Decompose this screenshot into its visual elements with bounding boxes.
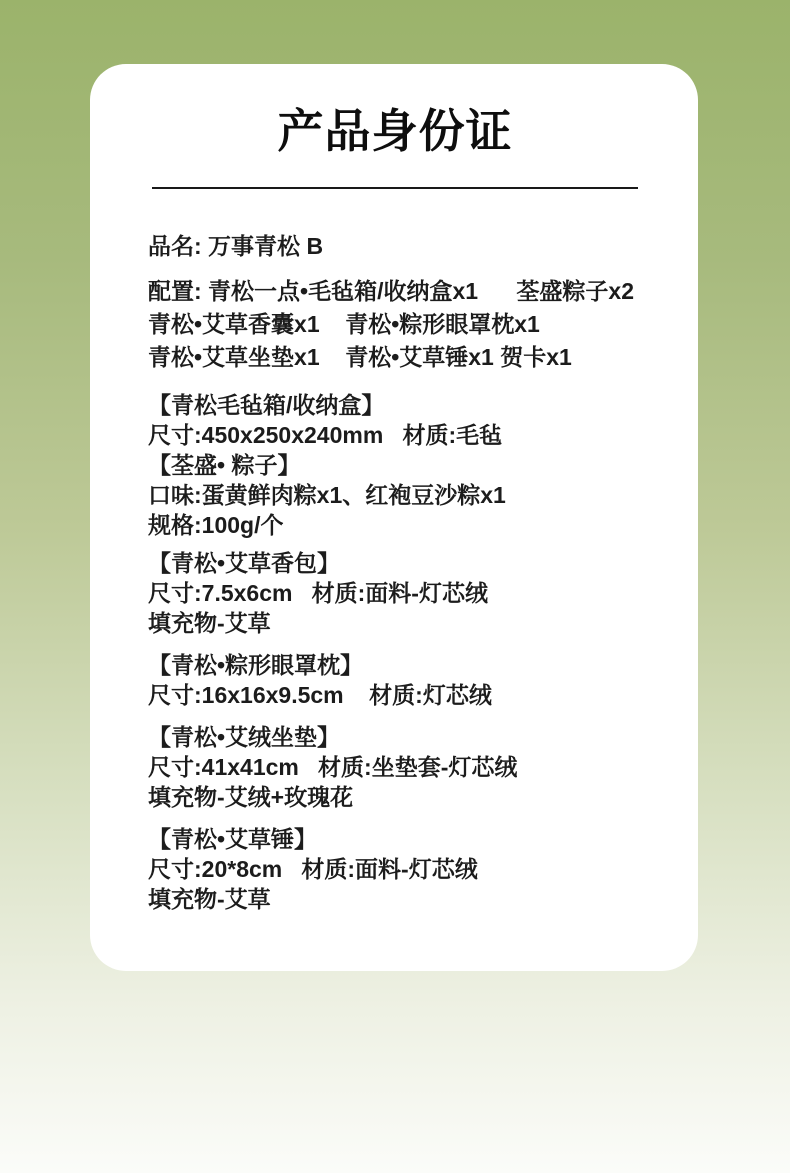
section-detail: 尺寸:41x41cm 材质:坐垫套-灯芯绒 xyxy=(148,752,642,782)
product-id-card: 产品身份证 品名: 万事青松 B 配置: 青松一点•毛毡箱/收纳盒x1 荃盛粽子… xyxy=(90,64,698,971)
section-seat-cushion: 【青松•艾绒坐垫】 尺寸:41x41cm 材质:坐垫套-灯芯绒 填充物-艾绒+玫… xyxy=(148,722,642,812)
section-heading: 【青松•艾绒坐垫】 xyxy=(148,722,642,752)
section-zongzi: 【荃盛• 粽子】 口味:蛋黄鲜肉粽x1、红袍豆沙粽x1 规格:100g/个 xyxy=(148,450,642,540)
section-heading: 【荃盛• 粽子】 xyxy=(148,450,642,480)
section-detail: 尺寸:20*8cm 材质:面料-灯芯绒 xyxy=(148,854,642,884)
section-mugwort-sachet: 【青松•艾草香包】 尺寸:7.5x6cm 材质:面料-灯芯绒 填充物-艾草 xyxy=(148,548,642,638)
section-detail: 填充物-艾草 xyxy=(148,608,642,638)
title-divider xyxy=(152,187,638,189)
section-detail: 口味:蛋黄鲜肉粽x1、红袍豆沙粽x1 xyxy=(148,480,642,510)
section-heading: 【青松•艾草香包】 xyxy=(148,548,642,578)
section-felt-box: 【青松毛毡箱/收纳盒】 尺寸:450x250x240mm 材质:毛毡 xyxy=(148,390,642,450)
product-name-row: 品名: 万事青松 B xyxy=(148,231,642,261)
section-eye-mask-pillow: 【青松•粽形眼罩枕】 尺寸:16x16x9.5cm 材质:灯芯绒 xyxy=(148,650,642,710)
section-detail: 尺寸:450x250x240mm 材质:毛毡 xyxy=(148,420,642,450)
page-title: 产品身份证 xyxy=(148,104,642,159)
section-detail: 尺寸:7.5x6cm 材质:面料-灯芯绒 xyxy=(148,578,642,608)
section-detail: 填充物-艾草 xyxy=(148,884,642,914)
section-detail: 尺寸:16x16x9.5cm 材质:灯芯绒 xyxy=(148,680,642,710)
section-heading: 【青松•粽形眼罩枕】 xyxy=(148,650,642,680)
config-line: 配置: 青松一点•毛毡箱/收纳盒x1 荃盛粽子x2 xyxy=(148,275,642,308)
section-heading: 【青松•艾草锤】 xyxy=(148,824,642,854)
section-heading: 【青松毛毡箱/收纳盒】 xyxy=(148,390,642,420)
item-sections: 【青松毛毡箱/收纳盒】 尺寸:450x250x240mm 材质:毛毡 【荃盛• … xyxy=(148,390,642,914)
page: { "colors": { "background_top": "#9BB36B… xyxy=(0,0,790,1173)
config-block: 配置: 青松一点•毛毡箱/收纳盒x1 荃盛粽子x2 青松•艾草香囊x1 青松•粽… xyxy=(148,275,642,374)
section-detail: 填充物-艾绒+玫瑰花 xyxy=(148,782,642,812)
config-line: 青松•艾草香囊x1 青松•粽形眼罩枕x1 xyxy=(148,308,642,341)
config-line: 青松•艾草坐垫x1 青松•艾草锤x1 贺卡x1 xyxy=(148,341,642,374)
section-mugwort-hammer: 【青松•艾草锤】 尺寸:20*8cm 材质:面料-灯芯绒 填充物-艾草 xyxy=(148,824,642,914)
section-detail: 规格:100g/个 xyxy=(148,510,642,540)
